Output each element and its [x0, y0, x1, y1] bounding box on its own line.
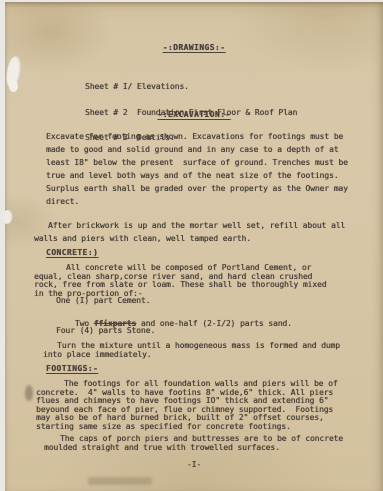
excavation-heading: -:EXCAVATION:- — [5, 111, 383, 120]
footings-heading: FOOTINGS:- — [46, 365, 98, 374]
footings-paragraph-1: The footings for all foundation walls an… — [36, 380, 342, 431]
concrete-heading: CONCRETE:) — [46, 249, 98, 258]
scanned-document: -:DRAWINGS:- Sheet # I/ Elevations. Shee… — [0, 0, 383, 491]
paper-tear-top-small — [9, 80, 18, 92]
excavation-paragraph-1: Excavate for footing as shown. Excavatio… — [46, 130, 352, 208]
concrete-intro: All concrete will be composed of Portlan… — [34, 264, 338, 298]
ink-smudge — [25, 385, 33, 401]
page-number: -I- — [5, 461, 383, 470]
concrete-item-stone: Four (4) parts Stone. — [56, 327, 155, 336]
sand-suffix: and one-half (2-I/2) parts sand. — [136, 319, 292, 328]
excavation-paragraph-2: After brickwork is up and the mortar wel… — [34, 219, 346, 245]
concrete-mixing-paragraph: Turn the mixture until a homogeneous mas… — [43, 342, 347, 359]
footings-paragraph-2: The caps of porch piers and buttresses a… — [44, 435, 350, 452]
concrete-item-cement: One (I) part Cement. — [56, 297, 150, 306]
sheet-line-1: Sheet # I/ Elevations. — [85, 83, 297, 92]
drawings-heading: -:DRAWINGS:- — [5, 44, 383, 53]
faint-stamp — [88, 477, 152, 485]
